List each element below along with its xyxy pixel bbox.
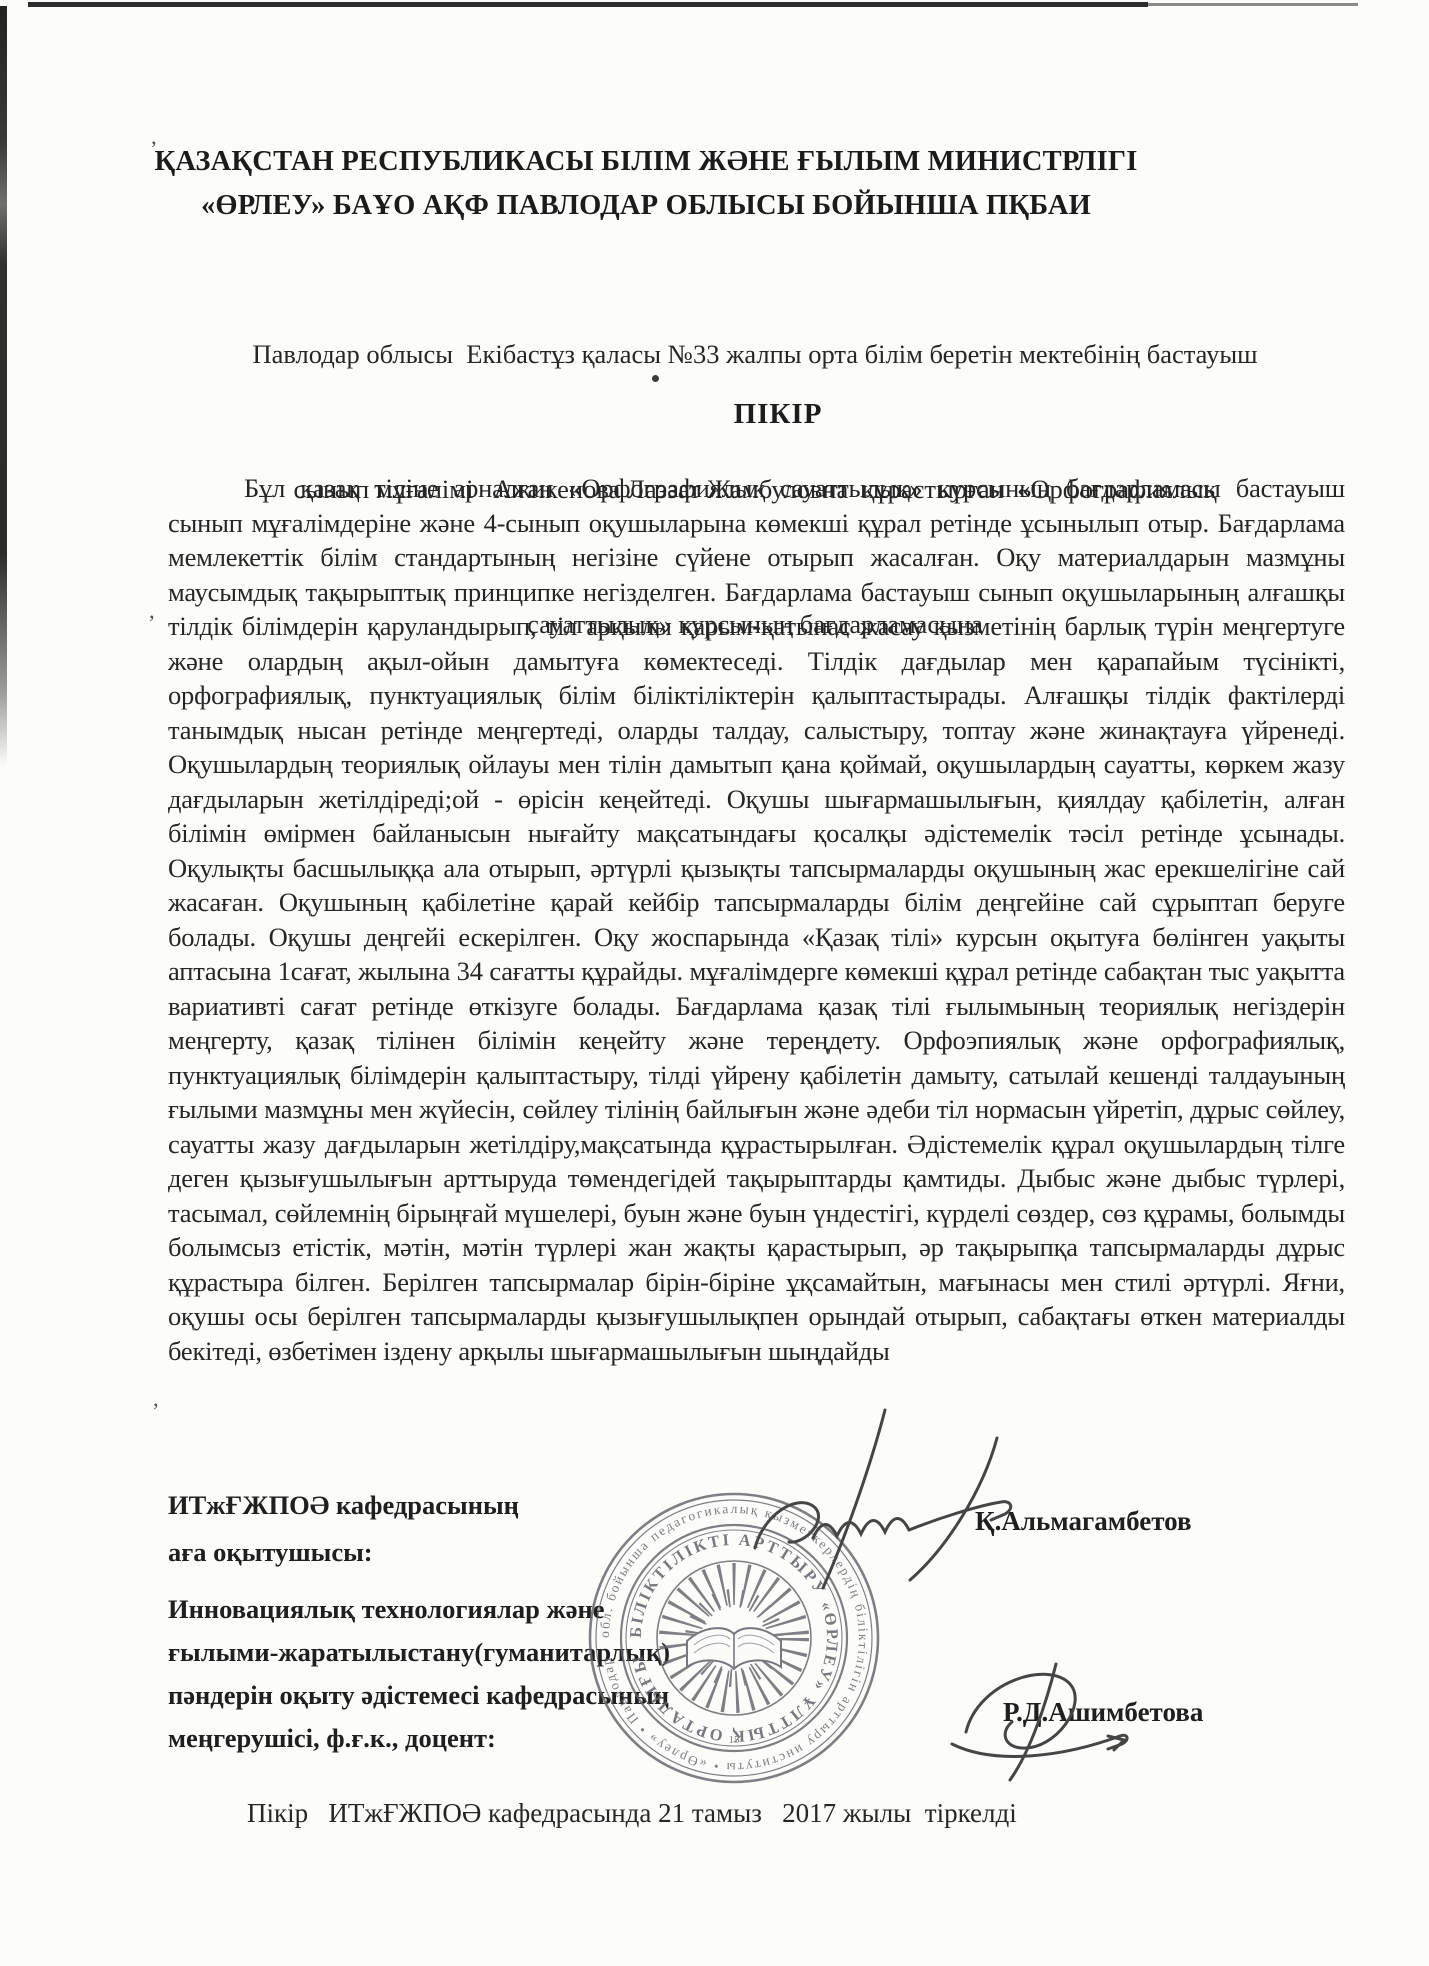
scan-edge-left-bar: [0, 6, 7, 766]
scan-edge-top-line: [28, 2, 1148, 7]
scan-speck: ’: [148, 612, 155, 634]
review-subject-line1: Павлодар облысы Екібастұз қаласы №33 жал…: [160, 332, 1350, 377]
signatory-1-position-line1: ИТжҒЖПОӘ кафедрасының: [168, 1482, 519, 1529]
ministry-title-line1: ҚАЗАҚСТАН РЕСПУБЛИКАСЫ БІЛІМ ЖӘНЕ ҒЫЛЫМ …: [106, 140, 1186, 184]
signature-squiggle-1: [695, 1398, 1045, 1608]
review-body-paragraph: Бұл қазақ тіліне арналған «Орфографиялық…: [168, 471, 1345, 1368]
scanned-review-document: ’ ’ ’ ҚАЗАҚСТАН РЕСПУБЛИКАСЫ БІЛІМ ЖӘНЕ …: [0, 0, 1429, 1966]
signatory-1-position-line2: аға оқытушысы:: [168, 1529, 519, 1576]
stamp-number: 15: [729, 1734, 741, 1746]
signature-squiggle-2: [938, 1652, 1148, 1797]
registration-footer: Пікір ИТжҒЖПОӘ кафедрасында 21 тамыз 201…: [247, 1798, 1017, 1829]
ministry-title-line2: «ӨРЛЕУ» БАҰО АҚФ ПАВЛОДАР ОБЛЫСЫ БОЙЫНША…: [106, 184, 1186, 228]
scan-edge-top-line-segment: [1148, 3, 1358, 6]
ministry-title: ҚАЗАҚСТАН РЕСПУБЛИКАСЫ БІЛІМ ЖӘНЕ ҒЫЛЫМ …: [106, 140, 1186, 228]
signatory-1-position: ИТжҒЖПОӘ кафедрасының аға оқытушысы:: [168, 1482, 519, 1576]
scan-speck: ’: [152, 1400, 159, 1422]
review-heading: ПІКІР: [180, 398, 1376, 431]
